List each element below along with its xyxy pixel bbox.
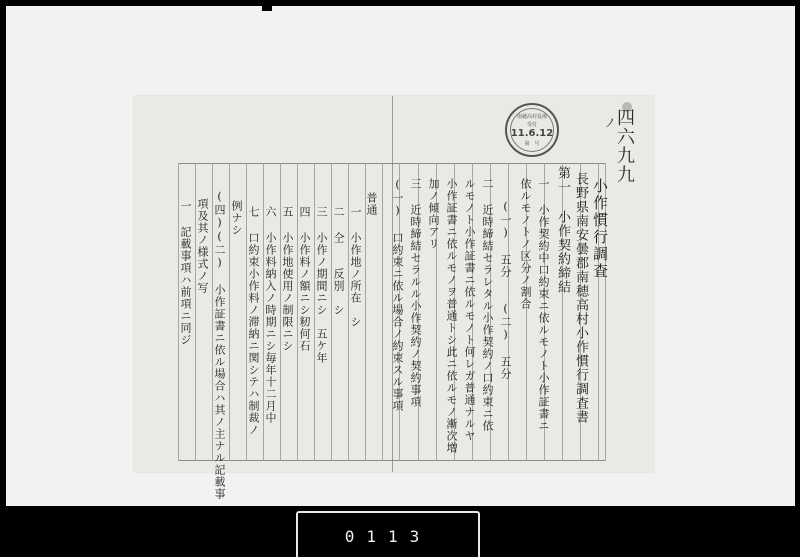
text-column: (一) 口約束ニ依ル場合ノ約束スル事項 xyxy=(392,178,403,412)
film-notch xyxy=(262,6,272,11)
frame-number-label: 0113 xyxy=(296,511,480,557)
text-column: 例ナシ xyxy=(231,200,242,236)
text-column: 二 仝 反別 シ xyxy=(333,206,344,316)
stamp-inner-ring xyxy=(510,108,554,152)
document-subtitle: 長野県南安曇郡南穂高村小作慣行調査書 xyxy=(574,172,587,424)
text-column: 加ノ傾向アリ xyxy=(428,178,439,250)
frame-number: 0113 xyxy=(345,527,432,546)
text-column: 一 記載事項ハ前項ニ同ジ xyxy=(180,200,191,346)
text-column: 七 口約束小作料ノ滞納ニ関シテハ制裁ノ xyxy=(248,206,259,436)
text-column: (一) 五分 (二) 五分 xyxy=(500,200,511,380)
text-column: 三 近時締結セラルル小作契約ノ契約事項 xyxy=(410,178,421,408)
document-title: 小作慣行調査 xyxy=(592,178,607,280)
text-column: 依ルモノトノ区分ノ割合 xyxy=(520,178,531,310)
text-column: 一 小作地ノ所在 シ xyxy=(350,206,361,328)
text-column: 一 小作契約中口約束ニ依ルモノト小作証書ニ xyxy=(538,178,549,432)
column-rule xyxy=(382,163,383,461)
text-column: 四 小作料ノ額ニシ籾何石 xyxy=(299,206,310,352)
text-column: 三 小作ノ期間ニシ 五ケ年 xyxy=(316,206,327,364)
text-column: 六 小作料納入ノ時期ニシ毎年十二月中 xyxy=(265,206,276,424)
text-column: (四)(二) 小作証書ニ依ル場合ハ其ノ主ナル記載事 xyxy=(214,190,225,500)
text-column: ルモノト小作証書ニ依ルモノト何レガ普通ナルヤ xyxy=(464,178,475,442)
text-column: 普通 xyxy=(366,192,377,216)
margin-annotation: 四六九九 xyxy=(611,108,637,184)
text-column: 項及其ノ様式ノ写 xyxy=(197,198,208,294)
text-column: 小作証書ニ依ルモノヲ普通トシ此ニ依ルモノ漸次増 xyxy=(446,178,457,454)
receipt-date-stamp: 南穂高村役場 受付 11.6.12 第 号 xyxy=(505,103,559,157)
text-column: 五 小作地使用ノ制限ニシ xyxy=(282,206,293,352)
section-heading: 第一 小作契約締結 xyxy=(556,166,569,294)
text-column: 二 近時締結セラレタル小作契約ノ口約束ニ依 xyxy=(482,178,493,432)
